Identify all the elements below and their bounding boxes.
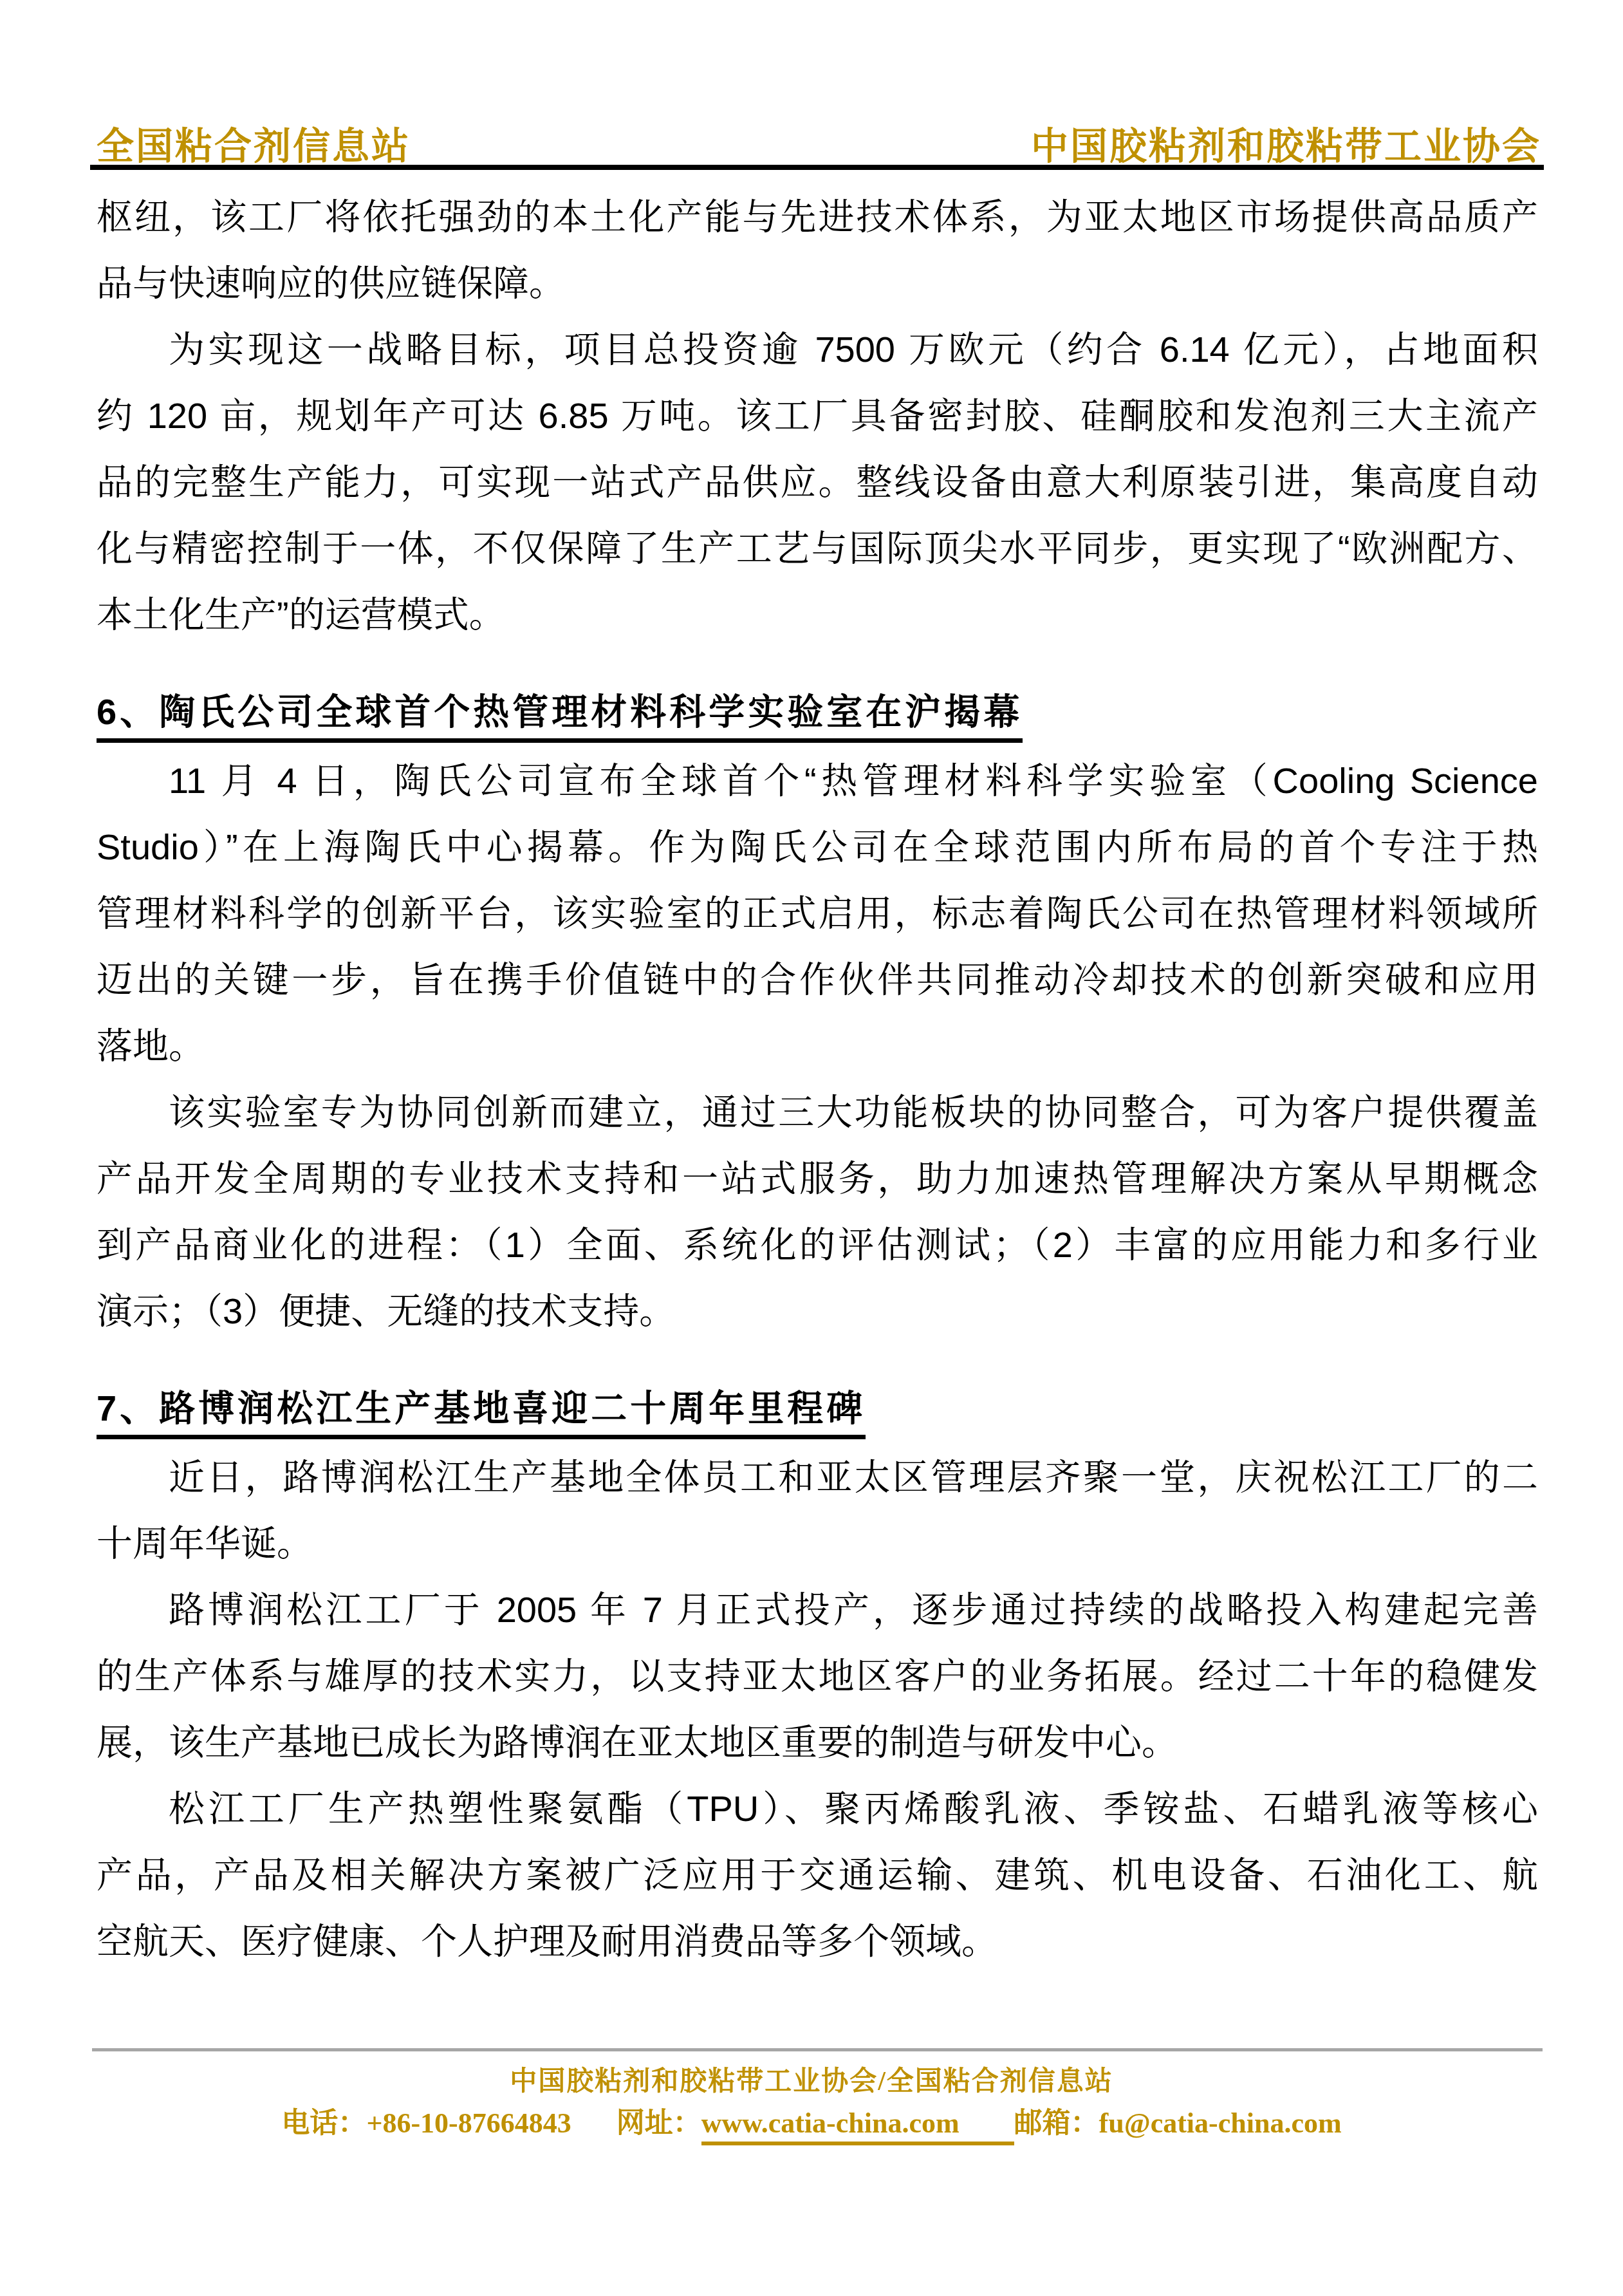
paragraph-dow-lab: 11 月 4 日，陶氏公司宣布全球首个“热管理材料科学实验室（Cooling S… [97,747,1538,1079]
body-line: Studio）”在上海陶氏中心揭幕。作为陶氏公司在全球范围内所布局的首个专注于热 [97,814,1538,880]
section-heading-6: 6、陶氏公司全球首个热管理材料科学实验室在沪揭幕 [97,677,1538,747]
body-line: 枢纽，该工厂将依托强劲的本土化产能与先进技术体系，为亚太地区市场提供高品质产 [97,183,1538,250]
document-body: 枢纽，该工厂将依托强劲的本土化产能与先进技术体系，为亚太地区市场提供高品质产 品… [97,183,1538,1974]
body-line: 本土化生产”的运营模式。 [97,581,1538,648]
footer-email-label: 邮箱： [1014,2107,1099,2139]
body-line: 迈出的关键一步，旨在携手价值链中的合作伙伴共同推动冷却技术的创新突破和应用 [97,946,1538,1013]
section-heading-6-text: 6、陶氏公司全球首个热管理材料科学实验室在沪揭幕 [97,691,1023,743]
body-line: 11 月 4 日，陶氏公司宣布全球首个“热管理材料科学实验室（Cooling S… [97,747,1538,814]
paragraph-investment: 为实现这一战略目标，项目总投资逾 7500 万欧元（约合 6.14 亿元），占地… [97,316,1538,648]
header-rule [90,165,1544,170]
body-line: 该实验室专为协同创新而建立，通过三大功能板块的协同整合，可为客户提供覆盖 [97,1079,1538,1145]
page-header: 全国粘合剂信息站 中国胶粘剂和胶粘带工业协会 [97,116,1541,170]
footer-phone-number: +86-10-87664843 [366,2107,571,2139]
body-line: 展，该生产基地已成长为路博润在亚太地区重要的制造与研发中心。 [97,1709,1538,1775]
body-line: 为实现这一战略目标，项目总投资逾 7500 万欧元（约合 6.14 亿元），占地… [97,316,1538,382]
body-line: 约 120 亩，规划年产可达 6.85 万吨。该工厂具备密封胶、硅酮胶和发泡剂三… [97,382,1538,449]
body-line: 产品开发全周期的专业技术支持和一站式服务，助力加速热管理解决方案从早期概念 [97,1145,1538,1211]
body-line: 路博润松江工厂于 2005 年 7 月正式投产，逐步通过持续的战略投入构建起完善 [97,1576,1538,1643]
body-line: 十周年华诞。 [97,1510,1538,1576]
paragraph-lab-functions: 该实验室专为协同创新而建立，通过三大功能板块的协同整合，可为客户提供覆盖 产品开… [97,1079,1538,1344]
footer-rule [92,2048,1543,2051]
body-line: 演示；（3）便捷、无缝的技术支持。 [97,1278,1538,1344]
body-line: 到产品商业化的进程：（1）全面、系统化的评估测试；（2）丰富的应用能力和多行业 [97,1211,1538,1278]
header-right-title: 中国胶粘剂和胶粘带工业协会 [1031,116,1541,170]
body-line: 近日，路博润松江生产基地全体员工和亚太区管理层齐聚一堂，庆祝松江工厂的二 [97,1444,1538,1510]
paragraph-lubrizol-history: 路博润松江工厂于 2005 年 7 月正式投产，逐步通过持续的战略投入构建起完善… [97,1576,1538,1775]
body-line: 空航天、医疗健康、个人护理及耐用消费品等多个领域。 [97,1908,1538,1974]
footer-website-link[interactable]: www.catia-china.com [701,2107,1014,2145]
paragraph-plant-hub: 枢纽，该工厂将依托强劲的本土化产能与先进技术体系，为亚太地区市场提供高品质产 品… [97,183,1538,316]
footer-org-line: 中国胶粘剂和胶粘带工业协会/全国粘合剂信息站 [0,2060,1623,2098]
section-heading-7: 7、路博润松江生产基地喜迎二十周年里程碑 [97,1373,1538,1444]
body-line: 品的完整生产能力，可实现一站式产品供应。整线设备由意大利原装引进，集高度自动 [97,449,1538,515]
paragraph-songjiang-products: 松江工厂生产热塑性聚氨酯（TPU）、聚丙烯酸乳液、季铵盐、石蜡乳液等核心 产品，… [97,1775,1538,1974]
body-line: 管理材料科学的创新平台，该实验室的正式启用，标志着陶氏公司在热管理材料领域所 [97,880,1538,946]
body-line: 化与精密控制于一体，不仅保障了生产工艺与国际顶尖水平同步，更实现了“欧洲配方、 [97,515,1538,581]
body-line: 产品，产品及相关解决方案被广泛应用于交通运输、建筑、机电设备、石油化工、航 [97,1842,1538,1908]
document-page: 全国粘合剂信息站 中国胶粘剂和胶粘带工业协会 枢纽，该工厂将依托强劲的本土化产能… [0,0,1623,2296]
body-line: 松江工厂生产热塑性聚氨酯（TPU）、聚丙烯酸乳液、季铵盐、石蜡乳液等核心 [97,1775,1538,1842]
body-line: 品与快速响应的供应链保障。 [97,250,1538,316]
footer-contact-line: 电话：+86-10-87664843网址：www.catia-china.com… [0,2100,1623,2141]
paragraph-lubrizol-anniversary: 近日，路博润松江生产基地全体员工和亚太区管理层齐聚一堂，庆祝松江工厂的二 十周年… [97,1444,1538,1576]
section-heading-7-text: 7、路博润松江生产基地喜迎二十周年里程碑 [97,1388,866,1439]
header-left-title: 全国粘合剂信息站 [97,116,411,170]
footer-email-address: fu@catia-china.com [1099,2107,1342,2139]
footer-phone-label: 电话： [281,2107,366,2139]
body-line: 落地。 [97,1013,1538,1079]
footer-web-label: 网址： [617,2107,701,2139]
body-line: 的生产体系与雄厚的技术实力，以支持亚太地区客户的业务拓展。经过二十年的稳健发 [97,1643,1538,1709]
